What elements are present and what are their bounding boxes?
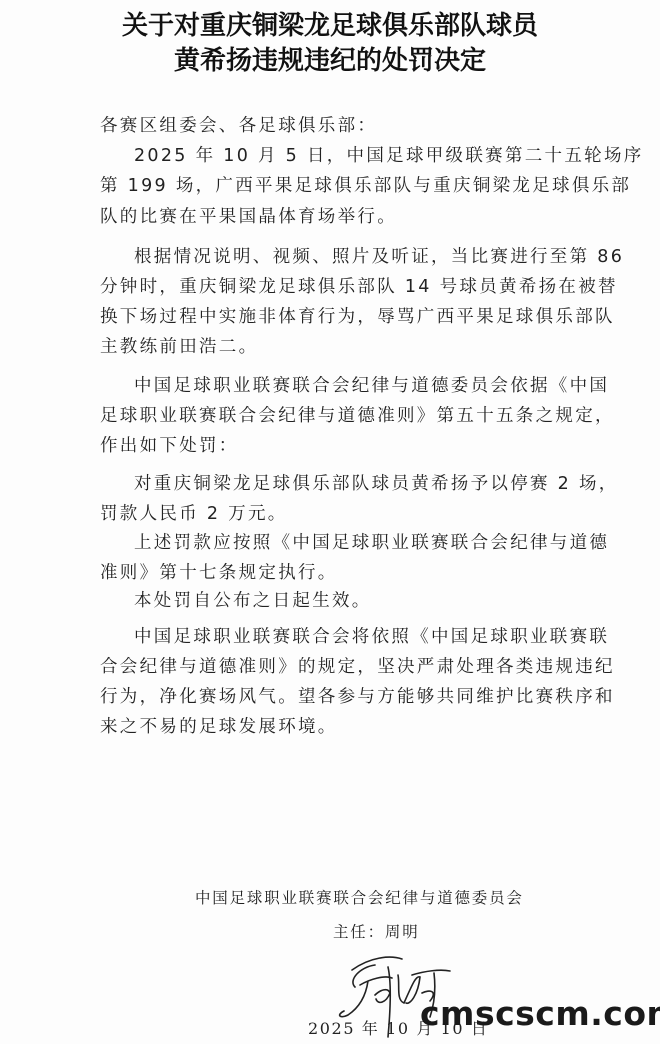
document-title-line-1: 关于对重庆铜梁龙足球俱乐部队球员 [0, 5, 660, 42]
paragraph-4-line-1: 对重庆铜梁龙足球俱乐部队球员黄希扬予以停赛 2 场， [134, 470, 660, 495]
watermark-text: cmscscm.com [420, 994, 660, 1033]
paragraph-1-line-1: 2025 年 10 月 5 日，中国足球甲级联赛第二十五轮场序 [134, 142, 660, 167]
paragraph-3-line-3: 作出如下处罚： [100, 432, 640, 457]
paragraph-5-line-1: 上述罚款应按照《中国足球职业联赛联合会纪律与道德 [134, 529, 660, 554]
salutation: 各赛区组委会、各足球俱乐部： [100, 112, 640, 137]
paragraph-7-line-2: 合会纪律与道德准则》的规定，坚决严肃处理各类违规违纪 [100, 653, 640, 678]
paragraph-2-line-2: 分钟时，重庆铜梁龙足球俱乐部队 14 号球员黄希扬在被替 [100, 273, 640, 298]
paragraph-2-line-3: 换下场过程中实施非体育行为，辱骂广西平果足球俱乐部队 [100, 303, 640, 328]
paragraph-2-line-4: 主教练前田浩二。 [100, 333, 640, 358]
paragraph-7-line-1: 中国足球职业联赛联合会将依照《中国足球职业联赛联 [134, 623, 660, 648]
document-title-line-2: 黄希扬违规违纪的处罚决定 [0, 40, 660, 77]
issuing-organization: 中国足球职业联赛联合会纪律与道德委员会 [195, 886, 524, 908]
director-name: 主任：周明 [333, 920, 420, 942]
paragraph-7-line-3: 行为，净化赛场风气。望各参与方能够共同维护比赛秩序和 [100, 683, 640, 708]
paragraph-6-line-1: 本处罚自公布之日起生效。 [134, 587, 660, 612]
paragraph-3-line-1: 中国足球职业联赛联合会纪律与道德委员会依据《中国 [134, 372, 660, 397]
paragraph-1-line-2: 第 199 场，广西平果足球俱乐部队与重庆铜梁龙足球俱乐部 [100, 172, 640, 197]
paragraph-1-line-3: 队的比赛在平果国晶体育场举行。 [100, 203, 640, 228]
paragraph-4-line-2: 罚款人民币 2 万元。 [100, 500, 640, 525]
paragraph-2-line-1: 根据情况说明、视频、照片及听证，当比赛进行至第 86 [134, 243, 660, 268]
paragraph-3-line-2: 足球职业联赛联合会纪律与道德准则》第五十五条之规定， [100, 402, 640, 427]
paragraph-5-line-2: 准则》第十七条规定执行。 [100, 559, 640, 584]
paragraph-7-line-4: 来之不易的足球发展环境。 [100, 713, 640, 738]
document-page: 关于对重庆铜梁龙足球俱乐部队球员 黄希扬违规违纪的处罚决定 各赛区组委会、各足球… [0, 0, 660, 1044]
